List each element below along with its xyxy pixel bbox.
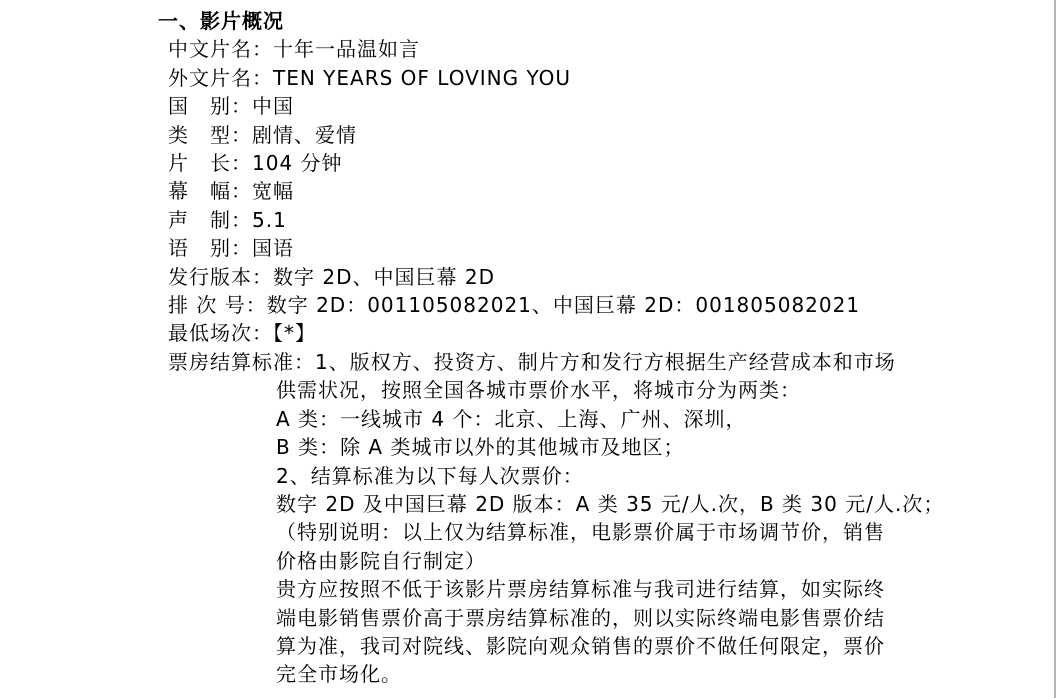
line-runtime: 片 长：104 分钟 — [168, 149, 1057, 177]
line-class-b-cities: B 类：除 A 类城市以外的其他城市及地区； — [276, 433, 1057, 461]
line-special-note-2: 价格由影院自行制定） — [276, 547, 1057, 575]
line-box-office-standard-1: 票房结算标准：1、版权方、投资方、制片方和发行方根据生产经营成本和市场 — [168, 348, 1057, 376]
line-release-numbers: 排 次 号：数字 2D：001105082021、中国巨幕 2D：0018050… — [168, 291, 1057, 319]
line-settlement-terms-1: 贵方应按照不低于该影片票房结算标准与我司进行结算，如实际终 — [276, 575, 1057, 603]
line-foreign-title: 外文片名：TEN YEARS OF LOVING YOU — [168, 64, 1057, 92]
line-language: 语 别：国语 — [168, 234, 1057, 262]
line-settlement-terms-4: 完全市场化。 — [276, 660, 1057, 688]
line-box-office-standard-2: 供需状况，按照全国各城市票价水平，将城市分为两类： — [276, 376, 1057, 404]
section-heading: 一、影片概况 — [158, 7, 1057, 35]
line-screen-format: 幕 幅：宽幅 — [168, 177, 1057, 205]
line-settlement-terms-2: 端电影销售票价高于票房结算标准的，则以实际终端电影售票价结 — [276, 604, 1057, 632]
line-class-a-cities: A 类：一线城市 4 个：北京、上海、广州、深圳， — [276, 405, 1057, 433]
line-ticket-prices: 数字 2D 及中国巨幕 2D 版本：A 类 35 元/人.次，B 类 30 元/… — [276, 490, 1057, 518]
line-release-versions: 发行版本：数字 2D、中国巨幕 2D — [168, 263, 1057, 291]
line-settlement-rule: 2、结算标准为以下每人次票价： — [276, 462, 1057, 490]
film-overview-document: 一、影片概况 中文片名：十年一品温如言 外文片名：TEN YEARS OF LO… — [0, 7, 1057, 689]
line-minimum-screenings: 最低场次：【*】 — [168, 319, 1057, 347]
line-sound-format: 声 制：5.1 — [168, 206, 1057, 234]
line-country: 国 别：中国 — [168, 92, 1057, 120]
line-special-note-1: （特别说明：以上仅为结算标准，电影票价属于市场调节价，销售 — [276, 518, 1057, 546]
line-genre: 类 型：剧情、爱情 — [168, 121, 1057, 149]
line-chinese-title: 中文片名：十年一品温如言 — [168, 35, 1057, 63]
page-right-border — [1054, 0, 1056, 698]
line-settlement-terms-3: 算为准，我司对院线、影院向观众销售的票价不做任何限定，票价 — [276, 632, 1057, 660]
